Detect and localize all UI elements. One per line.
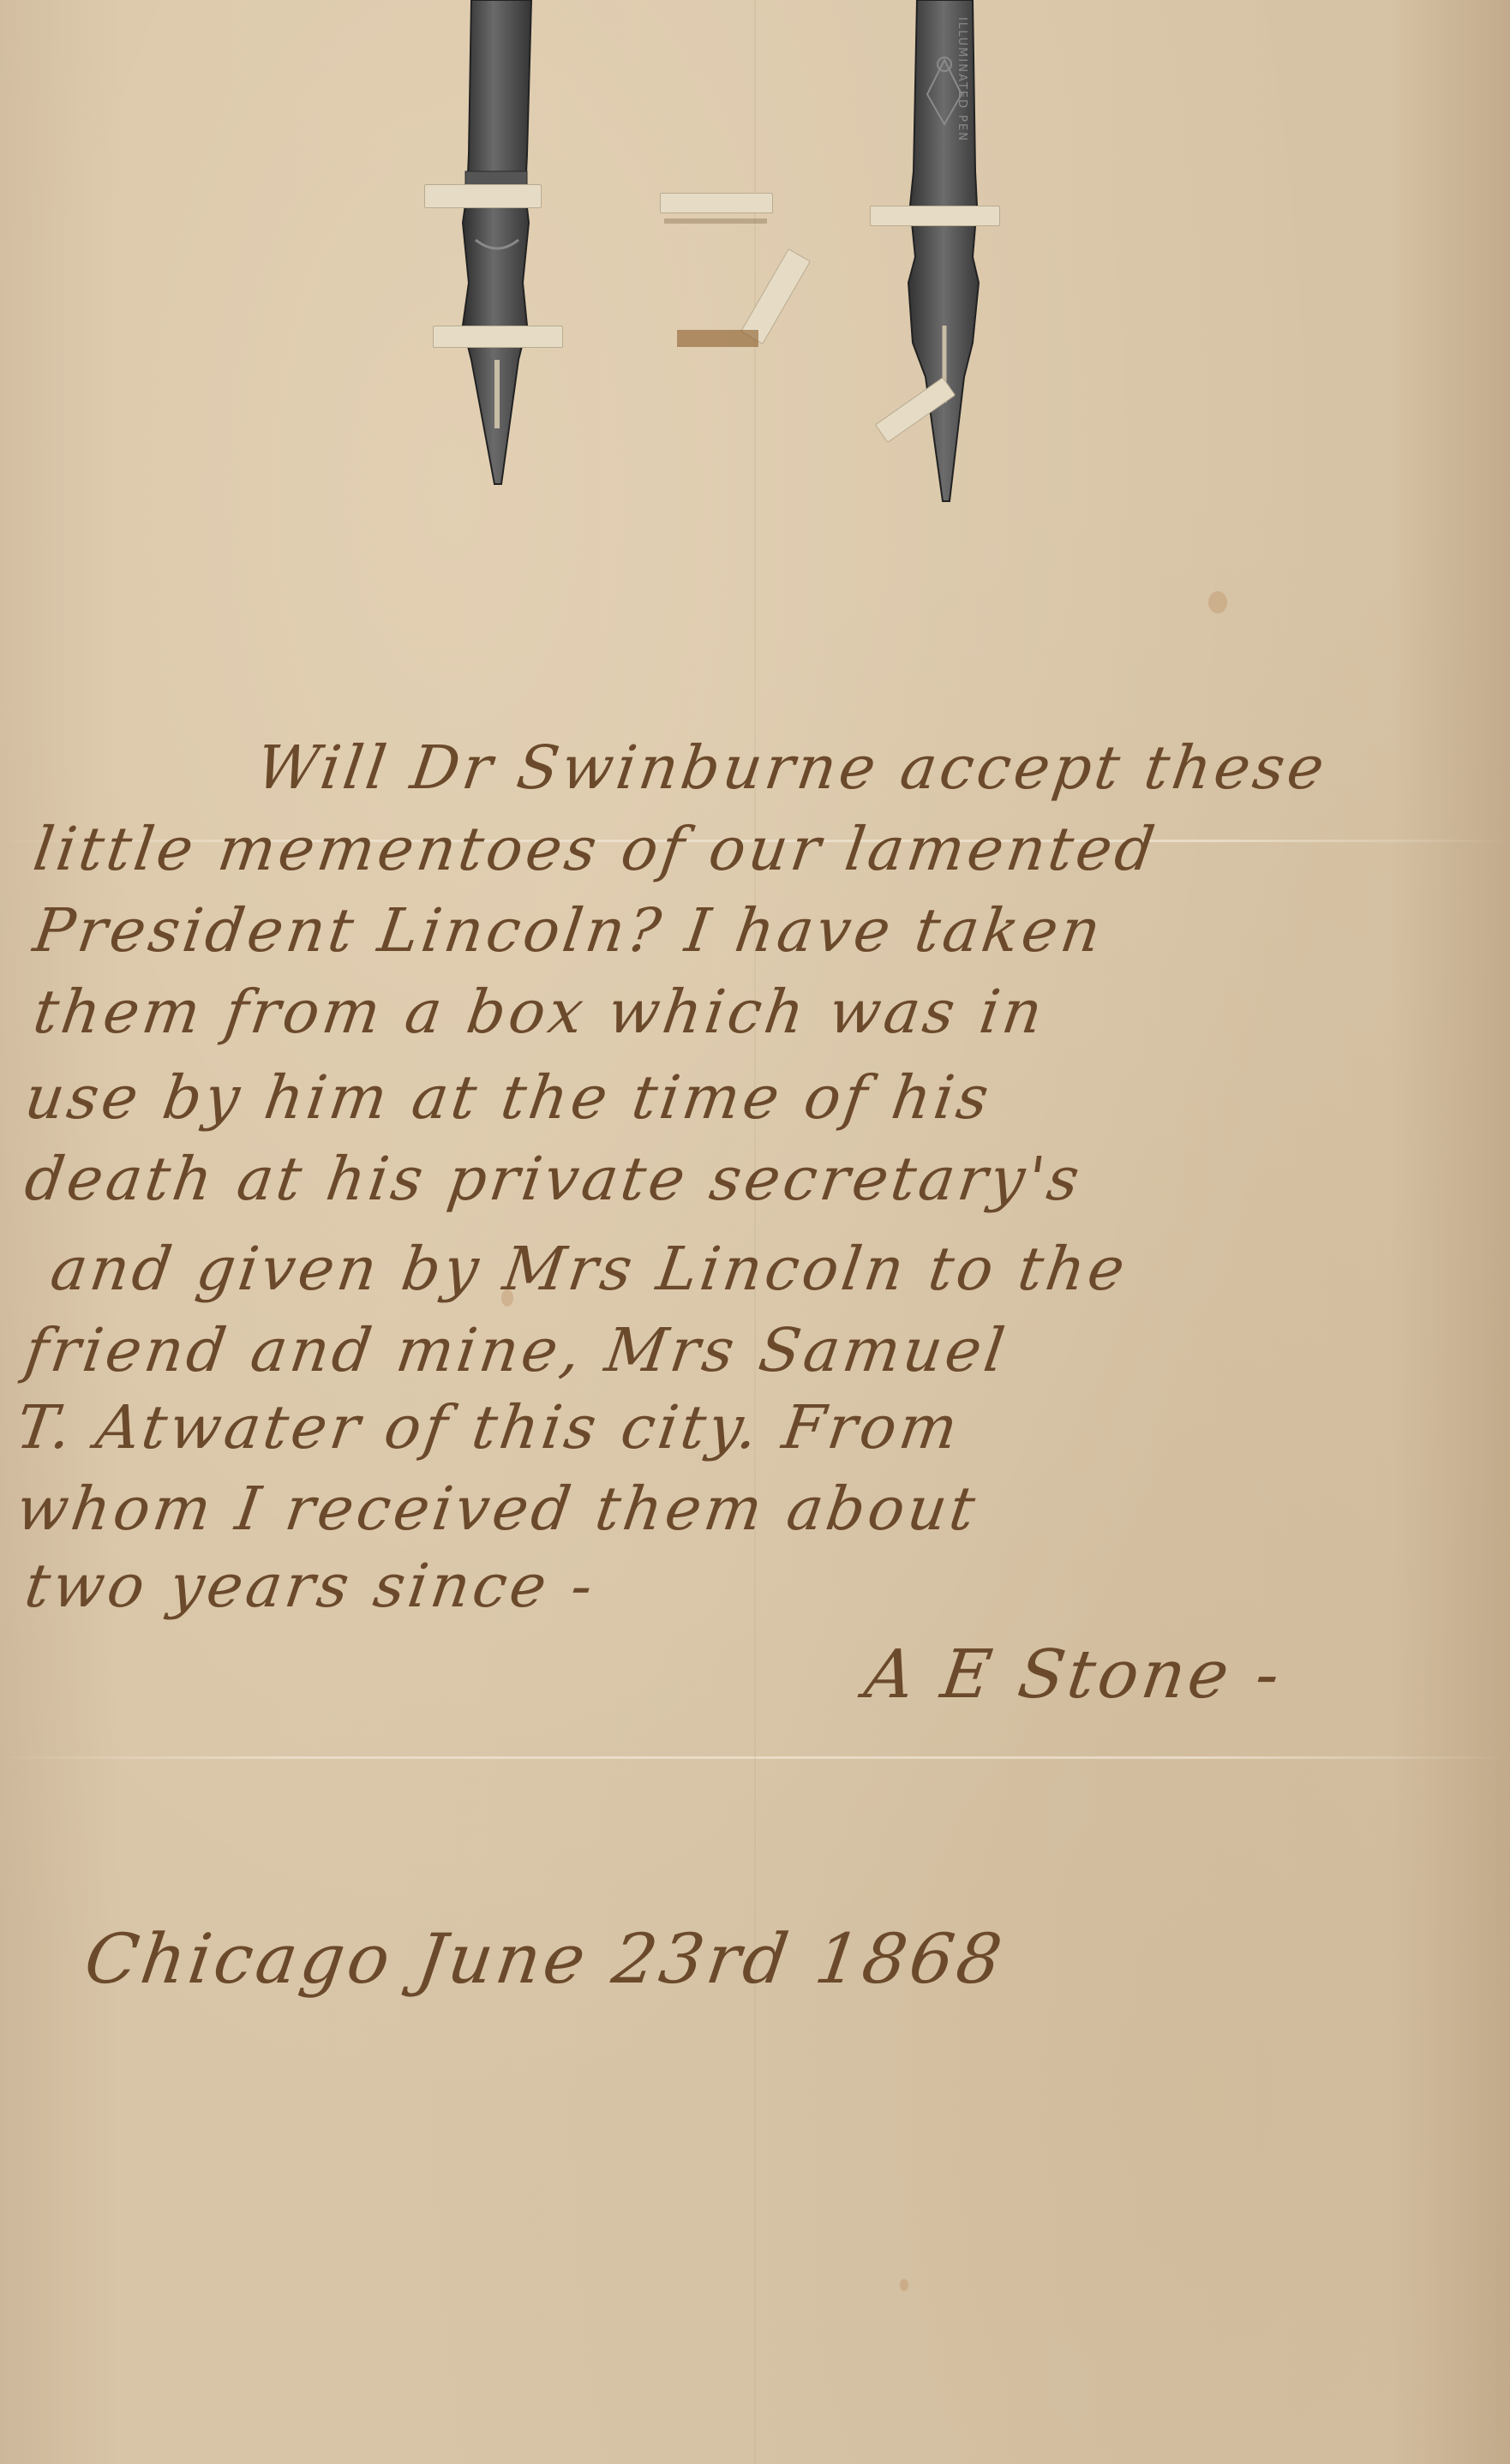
foxing-stain (1208, 591, 1227, 613)
letter-line: T. Atwater of this city. From (12, 1392, 965, 1462)
foxing-stain (900, 2279, 908, 2291)
letter-line: two years since - (21, 1551, 600, 1621)
letter-paper: ILLUMINATED PEN Will Dr Swinburne accept… (0, 0, 1510, 2464)
letter-line: little mementoes of our lamented (29, 814, 1162, 884)
pen-nib-icon (433, 0, 561, 488)
mounting-strap (870, 206, 1000, 226)
left-pen-nib (433, 0, 561, 488)
empty-mounting-strap (660, 193, 773, 213)
letter-line: whom I received them about (12, 1474, 982, 1544)
letter-line: use by him at the time of his (21, 1062, 996, 1133)
mounting-strap (433, 326, 563, 348)
dateline: Chicago June 23rd 1868 (80, 1919, 1010, 1999)
vertical-crease (754, 0, 756, 2464)
mounting-strap (424, 184, 542, 208)
letter-line: and given by Mrs Lincoln to the (46, 1234, 1132, 1304)
right-pen-nib: ILLUMINATED PEN (883, 0, 1003, 505)
nib-imprint: ILLUMINATED PEN (956, 17, 968, 142)
letter-line: President Lincoln? I have taken (29, 895, 1108, 966)
letter-line: them from a box which was in (29, 977, 1050, 1047)
torn-paper-spot (677, 330, 758, 347)
mounting-slot (664, 218, 767, 224)
letter-line: Will Dr Swinburne accept these (252, 733, 1332, 803)
letter-line: friend and mine, Mrs Samuel (21, 1315, 1012, 1385)
signature: A E Stone - (860, 1636, 1288, 1713)
letter-line: death at his private secretary's (21, 1144, 1087, 1214)
